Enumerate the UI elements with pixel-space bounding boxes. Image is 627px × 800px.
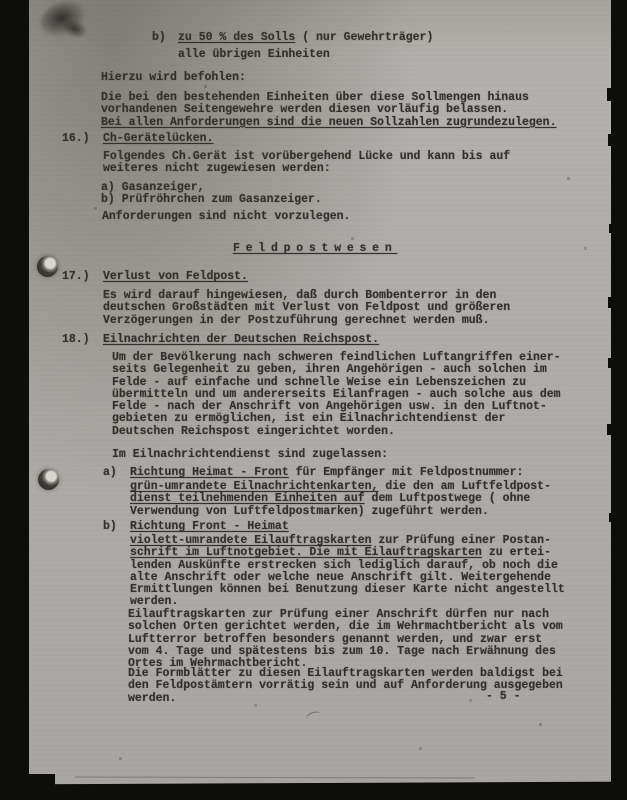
edge-nick (609, 224, 614, 233)
scan-border-bottom (0, 782, 627, 800)
edge-nick (608, 297, 614, 308)
text-line: alle übrigen Einheiten (178, 48, 330, 61)
list-label: a) (103, 467, 130, 479)
punch-hole-top (37, 256, 58, 277)
section-number: 18.) (62, 334, 103, 346)
section-17-paragraph: Es wird darauf hingewiesen, daß durch Bo… (103, 290, 510, 327)
list-item-b-heading: b)Richtung Front - Heimat (103, 521, 289, 533)
underlined-text: Richtung Heimat - Front (130, 466, 289, 479)
spacer (152, 46, 178, 63)
text-line: für Empfänger mit Feldpostnummer: (289, 466, 524, 479)
text-line: ( nur Gewehrträger) (295, 31, 433, 44)
section-17-heading: 17.)Verlust von Feldpost. (62, 271, 248, 283)
section-title: Eilnachrichten der Deutschen Reichspost. (103, 333, 379, 346)
section-title: Verlust von Feldpost. (103, 270, 248, 283)
edge-nick (608, 134, 614, 146)
page-heading: Feldpostwesen (233, 243, 397, 255)
text-line: Verwendung von Luftfeldpostmarken) zugef… (130, 505, 489, 518)
underlined-text: dienst teilnehmenden Einheiten auf (130, 492, 365, 505)
text-line: weiteres nicht zugewiesen werden: (103, 162, 331, 175)
underlined-text: zu 50 % des Solls (178, 31, 295, 44)
section-16-note: Anforderungen sind nicht vorzulegen. (102, 211, 350, 223)
edge-nick (608, 358, 614, 368)
section-number: 17.) (62, 271, 103, 283)
underlined-text: schrift im Luftnotgebiet. Die mit Eilauf… (130, 546, 482, 559)
order-paragraph: Die bei den bestehenden Einheiten über d… (101, 92, 556, 129)
section-number: 16.) (62, 133, 103, 145)
scanned-page: b)zu 50 % des Solls ( nur Gewehrträger) … (0, 0, 627, 800)
text-line: alte Anschrift oder welche neue Anschrif… (130, 571, 551, 584)
underlined-text: Richtung Front - Heimat (130, 520, 289, 533)
list-item-b-solls: b)zu 50 % des Solls ( nur Gewehrträger) … (152, 29, 433, 63)
edge-nick (607, 88, 614, 101)
text-line: übermitteln und um andererseits Eilanfra… (112, 388, 561, 401)
text-line: werden. (130, 595, 178, 608)
text-line: werden. (128, 692, 176, 705)
closing-paragraph-1: Eilauftragskarten zur Prüfung einer Ansc… (128, 609, 563, 670)
text-line: gebieten zu ermöglichen, ist ein Eilnach… (112, 412, 505, 425)
text-line: dem Luftpostwege ( ohne (365, 492, 531, 505)
section-16-list: a) Gasanzeiger, b) Prüfröhrchen zum Gasa… (101, 182, 322, 207)
text-line: zu ertei- (482, 546, 551, 559)
page-number: - 5 - (486, 691, 521, 703)
text-line: Deutschen Reichspost eingerichtet worden… (112, 425, 395, 438)
text-line: vorhandenen Seitengewehre werden diesen … (101, 103, 508, 116)
section-18-paragraph: Um der Bevölkerung nach schweren feindli… (112, 352, 561, 438)
underlined-text: Bei allen Anforderungen sind die neuen S… (101, 116, 556, 129)
scan-border-right (611, 0, 627, 800)
text-line: Felde - auf einfache und schnelle Weise … (112, 376, 526, 389)
text-line: deutschen Großstädten mit Verlust von Fe… (103, 301, 510, 314)
scan-border-left (0, 0, 29, 800)
section-18-heading: 18.)Eilnachrichten der Deutschen Reichsp… (62, 334, 379, 346)
page-heading-text: Feldpostwesen (233, 242, 397, 255)
text-line: Verzögerungen in der Postzuführung gerec… (103, 314, 489, 327)
list-label: b) (152, 29, 178, 46)
text-line: vom 4. Tage und spätestens bis zum 10. T… (128, 645, 556, 658)
order-intro: Hierzu wird befohlen: (101, 72, 246, 84)
list-item-b-body: violett-umrandete Eilauftragskarten zur … (130, 535, 565, 609)
section-16-heading: 16.)Ch-Gerätelücken. (62, 133, 213, 145)
list-item-a-heading: a)Richtung Heimat - Front für Empfänger … (103, 467, 523, 479)
edge-nick (607, 424, 614, 435)
text-line: seits Gelegenheit zu geben, ihren Angehö… (112, 363, 547, 376)
text-line: Luftterror betroffen besonders genannt w… (128, 633, 542, 646)
section-16-paragraph: Folgendes Ch.Gerät ist vorübergehend Lüc… (103, 151, 510, 176)
section-title: Ch-Gerätelücken. (103, 132, 213, 145)
text-line: lenden Auskünfte erstrecken sich ledigli… (130, 559, 558, 572)
admitted-intro: Im Eilnachrichtendienst sind zugelassen: (112, 449, 388, 461)
list-item: b) Prüfröhrchen zum Gasanzeiger. (101, 193, 322, 206)
punch-hole-bottom (38, 469, 59, 490)
edge-nick (609, 513, 614, 522)
text-line: Ermittlungen können bei Benutzung dieser… (130, 583, 565, 596)
list-label: b) (103, 521, 130, 533)
text-line: solchen Orten gerichtet werden, die im W… (128, 620, 563, 633)
list-item-a-body: grün-umrandete Eilnachrichtenkarten, die… (130, 481, 551, 518)
